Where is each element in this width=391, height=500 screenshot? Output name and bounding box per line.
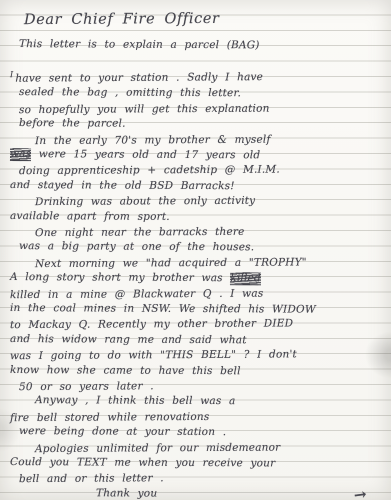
- letter-line: A long story short my brother was killed: [10, 270, 383, 287]
- letter-line: was I going to do with "THIS BELL" ? I d…: [10, 347, 383, 365]
- letter-line: were being done at your station .: [19, 424, 383, 441]
- letter-line-text: were 15 years old and 17 years old: [39, 148, 261, 161]
- letter-line: sealed the bag , omitting this letter.: [19, 85, 383, 102]
- letter-line: before the parcel.: [19, 116, 383, 133]
- inserted-word: I: [10, 68, 13, 83]
- scribbled-out-word: was: [10, 148, 31, 161]
- letter-line: Drinking was about the only activity: [35, 193, 383, 211]
- closing-text: Thank you: [96, 487, 157, 499]
- letter-line: In the early 70's my brother & myself: [35, 131, 383, 149]
- salutation: Dear Chief Fire Officer: [24, 7, 383, 31]
- scribbled-out-word: killed: [230, 272, 261, 285]
- letter-line-text: have sent to your station . Sadly I have: [15, 71, 263, 85]
- letter-line: Ihave sent to your station . Sadly I hav…: [10, 65, 383, 87]
- letter-page: Dear Chief Fire Officer This letter is t…: [0, 0, 391, 500]
- closing-line: Thank you→: [96, 486, 383, 500]
- arrow-right-icon: →: [353, 487, 368, 500]
- letter-line: was a big party at one of the houses.: [19, 239, 383, 256]
- letter-line: to Mackay Q. Recently my other brother D…: [10, 316, 383, 334]
- letter-line: bell and or this letter .: [19, 470, 383, 488]
- letter-line: doing apprenticeship + cadetship @ M.I.M…: [19, 162, 383, 180]
- letter-line-text: A long story short my brother was: [10, 271, 223, 284]
- letter-line: Anyway , I think this bell was a: [35, 394, 383, 411]
- letter-line: This letter is to explain a parcel (BAG): [19, 37, 383, 54]
